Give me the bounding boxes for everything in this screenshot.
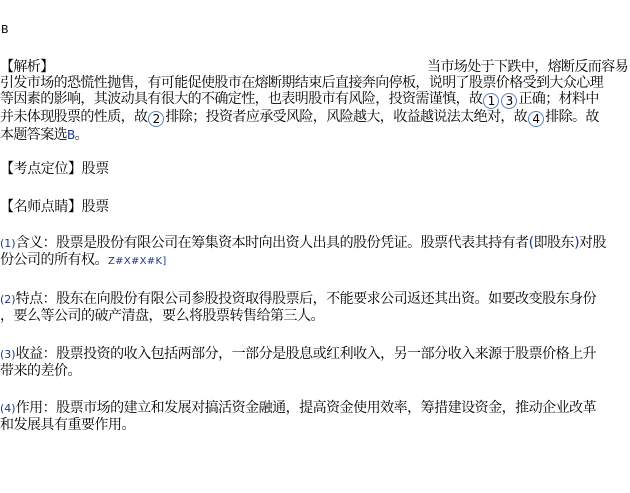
point-text: 和发展具有重要作用。 bbox=[0, 417, 135, 433]
point-text: 份公司的所有权。 bbox=[0, 252, 108, 268]
point-text: ，要么等公司的破产清盘，要么将股票转售给第三人。 bbox=[0, 308, 324, 324]
analysis-text: 排除。故 bbox=[545, 109, 599, 125]
mingshi-label: 【名师点睛】 bbox=[0, 199, 82, 215]
point-number: (4) bbox=[0, 402, 16, 415]
point-line: 带来的差价。 bbox=[0, 363, 630, 380]
kaodian-section: 【考点定位】股票 bbox=[0, 161, 109, 177]
point-title: 含义： bbox=[16, 235, 57, 251]
analysis-text: 本题答案选 bbox=[0, 127, 67, 143]
analysis-heading: 【解析】 bbox=[0, 59, 54, 75]
point-item: (2)特点：股东在向股份有限公司参股投资取得股票后，不能要求公司返还其出资。如要… bbox=[0, 291, 630, 325]
point-text: 股票投资的收入包括两部分，一部分是股息或红利收入，另一部分收入来源于股票价格上升 bbox=[56, 346, 596, 362]
analysis-text: 。 bbox=[75, 127, 88, 143]
point-text: 带来的差价。 bbox=[0, 363, 81, 379]
point-number: (3) bbox=[0, 348, 16, 361]
circled-number-icon: 3 bbox=[501, 93, 517, 109]
point-line: (4)作用：股票市场的建立和发展对搞活资金融通，提高资金使用效率，筹措建设资金，… bbox=[0, 400, 630, 417]
point-line: ，要么等公司的破产清盘，要么将股票转售给第三人。 bbox=[0, 308, 630, 325]
analysis-first-line: 当市场处于下跌中，熔断反而容易 bbox=[427, 59, 630, 75]
point-text: 即股东 bbox=[534, 235, 575, 251]
analysis-line: 引发市场的恐慌性抛售，有可能促使股市在熔断期结束后直接奔向停板，说明了股票价格受… bbox=[0, 75, 630, 91]
point-title: 特点： bbox=[16, 291, 57, 307]
mingshi-section: 【名师点睛】股票 bbox=[0, 199, 109, 215]
analysis-text: 并未体现股票的性质，故 bbox=[0, 109, 147, 125]
point-line: 份公司的所有权。Z#X#X#K] bbox=[0, 252, 630, 270]
point-text: 对股 bbox=[579, 235, 606, 251]
point-item: (4)作用：股票市场的建立和发展对搞活资金融通，提高资金使用效率，筹措建设资金，… bbox=[0, 400, 630, 434]
answer-label: B bbox=[1, 23, 9, 36]
watermark-text: Z#X#X#K] bbox=[108, 256, 167, 267]
kaodian-value: 股票 bbox=[82, 161, 109, 177]
circled-number-icon: 4 bbox=[528, 111, 544, 127]
circled-number-icon: 1 bbox=[483, 93, 499, 109]
point-item: (3)收益：股票投资的收入包括两部分，一部分是股息或红利收入，另一部分收入来源于… bbox=[0, 346, 630, 380]
kaodian-label: 【考点定位】 bbox=[0, 161, 82, 177]
circled-number-icon: 2 bbox=[148, 111, 164, 127]
point-text: 股票市场的建立和发展对搞活资金融通，提高资金使用效率，筹措建设资金，推动企业改革 bbox=[56, 400, 596, 416]
point-line: 和发展具有重要作用。 bbox=[0, 417, 630, 434]
point-title: 收益： bbox=[16, 346, 57, 362]
analysis-line: 并未体现股票的性质，故2排除；投资者应承受风险，风险越大，收益越说法太绝对，故4… bbox=[0, 109, 630, 127]
analysis-line: 等因素的影响，其波动具有很大的不确定性，也表明股市有风险，投资需谨慎，故13正确… bbox=[0, 91, 630, 109]
analysis-line: 本题答案选B。 bbox=[0, 127, 630, 143]
analysis-text: 正确；材料中 bbox=[518, 91, 598, 107]
point-line: (2)特点：股东在向股份有限公司参股投资取得股票后，不能要求公司返还其出资。如要… bbox=[0, 291, 630, 308]
analysis-text: 等因素的影响，其波动具有很大的不确定性，也表明股市有风险，投资需谨慎，故 bbox=[0, 91, 482, 107]
answer-letter: B bbox=[67, 128, 75, 142]
analysis-text: 排除；投资者应承受风险，风险越大，收益越说法太绝对，故 bbox=[165, 109, 527, 125]
point-number: (2) bbox=[0, 293, 16, 306]
point-number: (1) bbox=[0, 237, 16, 250]
point-line: (1)含义：股票是股份有限公司在筹集资本时向出资人出具的股份凭证。股票代表其持有… bbox=[0, 235, 630, 252]
point-text: 股东在向股份有限公司参股投资取得股票后，不能要求公司返还其出资。如要改变股东身份 bbox=[56, 291, 596, 307]
point-item: (1)含义：股票是股份有限公司在筹集资本时向出资人出具的股份凭证。股票代表其持有… bbox=[0, 235, 630, 270]
mingshi-value: 股票 bbox=[82, 199, 109, 215]
analysis-heading-row: 【解析】 当市场处于下跌中，熔断反而容易 bbox=[0, 59, 630, 75]
analysis-block: 【解析】 当市场处于下跌中，熔断反而容易 引发市场的恐慌性抛售，有可能促使股市在… bbox=[0, 59, 630, 143]
point-text: 股票是股份有限公司在筹集资本时向出资人出具的股份凭证。股票代表其持有者 bbox=[56, 235, 529, 251]
point-title: 作用： bbox=[16, 400, 57, 416]
point-line: (3)收益：股票投资的收入包括两部分，一部分是股息或红利收入，另一部分收入来源于… bbox=[0, 346, 630, 363]
